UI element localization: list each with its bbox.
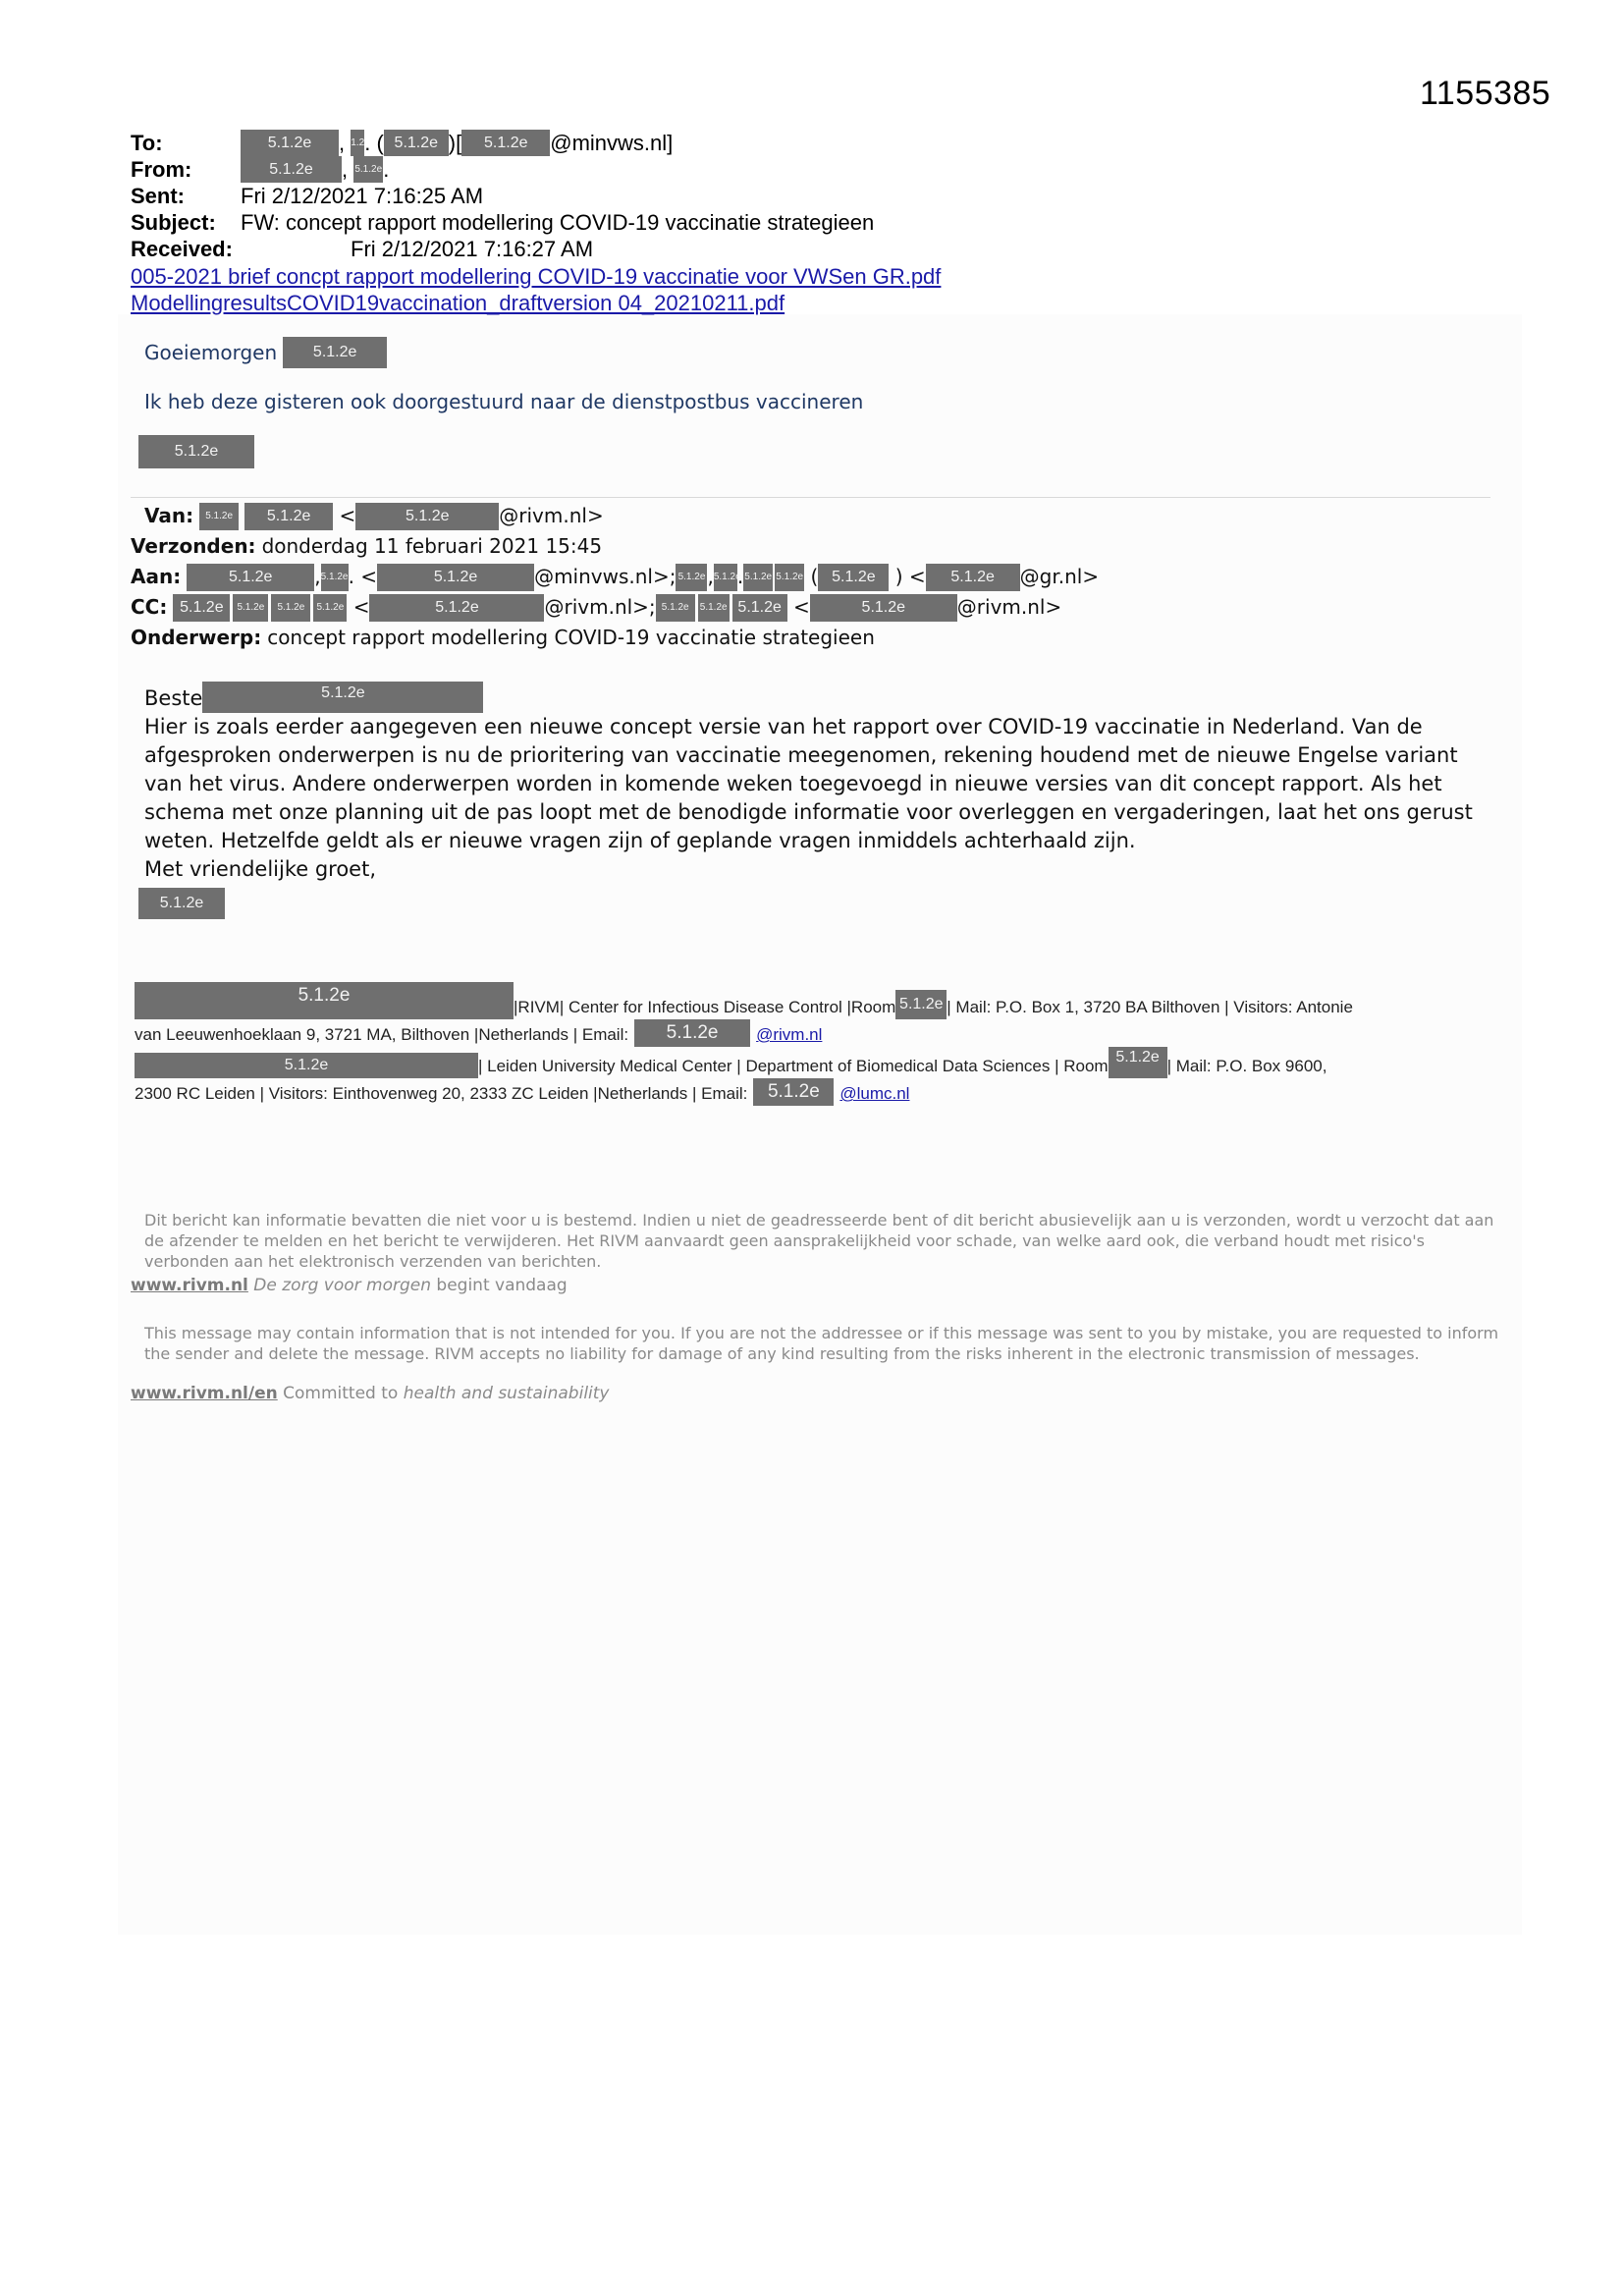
redaction-box: 1.2: [351, 130, 364, 156]
redaction-box: 5.1.2e: [818, 564, 889, 591]
cc-domain-1: @rivm.nl>;: [544, 592, 655, 623]
disclaimer-en-text: This message may contain information tha…: [144, 1323, 1499, 1364]
redaction-box: 5.1.2e: [135, 982, 514, 1019]
rivm-visitors: van Leeuwenhoeklaan 9, 3721 MA, Bilthove…: [135, 1022, 628, 1047]
redaction-box: 5.1.2e: [241, 130, 339, 156]
forwarded-header: Van: 5.1.2e 5.1.2e < 5.1.2e @rivm.nl> Ve…: [131, 501, 1099, 653]
redaction-box: 5.1.2e: [199, 503, 239, 530]
redaction-box: 5.1.2e: [732, 594, 787, 622]
redaction-box: 5.1.2e: [353, 156, 383, 183]
van-label: Van:: [144, 501, 193, 531]
redaction-box: 5.1.2e: [369, 594, 544, 622]
redaction-box: 5.1.2e: [138, 435, 254, 468]
lumc-visitors: 2300 RC Leiden | Visitors: Einthovenweg …: [135, 1081, 747, 1106]
redaction-box: 5.1.2e: [1109, 1047, 1167, 1078]
disclaimer-nl: Dit bericht kan informatie bevatten die …: [144, 1210, 1499, 1272]
aan-row: Aan: 5.1.2e , 5.1.2e . < 5.1.2e @minvws.…: [131, 562, 1099, 592]
lumc-line-1: 5.1.2e | Leiden University Medical Cente…: [135, 1047, 1509, 1078]
rivm-website-link[interactable]: www.rivm.nl: [131, 1276, 248, 1295]
lumc-line-2: 2300 RC Leiden | Visitors: Einthovenweg …: [135, 1078, 1509, 1106]
redaction-box: 5.1.2e: [461, 130, 550, 156]
lumc-email-link[interactable]: @lumc.nl: [839, 1081, 909, 1106]
received-label: Received:: [131, 236, 351, 262]
closing: Met vriendelijke groet,: [144, 855, 1499, 884]
disclaimer-nl-text: Dit bericht kan informatie bevatten die …: [144, 1210, 1499, 1272]
reply-text: Ik heb deze gisteren ook doorgestuurd na…: [144, 390, 863, 413]
aan-domain-1: @minvws.nl>;: [534, 562, 676, 592]
greeting-text: Goeiemorgen: [144, 341, 277, 364]
redaction-box: 5.1.2e: [233, 594, 268, 622]
redaction-box: 5.1.2e: [135, 1053, 478, 1078]
sent-row: Sent: Fri 2/12/2021 7:16:25 AM: [131, 183, 874, 209]
redaction-box: 5.1.2e: [743, 564, 773, 591]
footer-en: www.rivm.nl/en Committed to health and s…: [131, 1384, 610, 1403]
cc-row: CC: 5.1.2e 5.1.2e 5.1.2e 5.1.2e < 5.1.2e…: [131, 592, 1099, 623]
greeting-line: Goeiemorgen 5.1.2e: [144, 337, 863, 368]
footer-nl: www.rivm.nl De zorg voor morgen begint v…: [131, 1276, 568, 1295]
verzonden-value: donderdag 11 februari 2021 15:45: [262, 531, 603, 562]
received-value: Fri 2/12/2021 7:16:27 AM: [351, 236, 593, 262]
divider: [131, 497, 1490, 498]
attachment-link[interactable]: ModellingresultsCOVID19vaccination_draft…: [131, 291, 785, 315]
aan-label: Aan:: [131, 562, 181, 592]
body-paragraph: Hier is zoals eerder aangegeven een nieu…: [144, 713, 1499, 855]
received-row: Received: Fri 2/12/2021 7:16:27 AM: [131, 236, 874, 262]
rivm-line-2: van Leeuwenhoeklaan 9, 3721 MA, Bilthove…: [135, 1019, 1509, 1047]
salutation: Beste: [144, 684, 202, 713]
sent-label: Sent:: [131, 183, 241, 209]
document-number: 1155385: [1420, 75, 1550, 113]
from-label: From:: [131, 156, 241, 183]
attachment-list: 005-2021 brief concpt rapport modellerin…: [131, 263, 941, 316]
tagline-italic: De zorg voor morgen: [253, 1276, 431, 1295]
redaction-box: 5.1.2e: [698, 594, 730, 622]
redaction-box: 5.1.2e: [810, 594, 957, 622]
redaction-box: 5.1.2e: [202, 682, 483, 713]
redaction-box: 5.1.2e: [895, 990, 947, 1019]
rivm-address: | Mail: P.O. Box 1, 3720 BA Bilthoven | …: [947, 995, 1353, 1019]
verzonden-label: Verzonden:: [131, 531, 256, 562]
redaction-box: 5.1.2e: [241, 156, 342, 183]
redaction-box: 5.1.2e: [244, 503, 333, 530]
van-domain: @rivm.nl>: [499, 501, 603, 531]
to-domain: @minvws.nl]: [550, 130, 673, 156]
tagline-rest: begint vandaag: [431, 1276, 568, 1295]
rivm-line-1: 5.1.2e |RIVM| Center for Infectious Dise…: [135, 982, 1509, 1019]
redaction-box: 5.1.2e: [138, 888, 225, 919]
signature-block: 5.1.2e |RIVM| Center for Infectious Dise…: [135, 982, 1509, 1106]
onderwerp-label: Onderwerp:: [131, 623, 261, 653]
rivm-affiliation: |RIVM| Center for Infectious Disease Con…: [514, 995, 895, 1019]
rivm-email-link[interactable]: @rivm.nl: [756, 1022, 822, 1047]
onderwerp-row: Onderwerp: concept rapport modellering C…: [131, 623, 1099, 653]
tagline-italic: health and sustainability: [404, 1384, 610, 1403]
attachment-link[interactable]: 005-2021 brief concpt rapport modellerin…: [131, 264, 941, 289]
redaction-box: 5.1.2e: [656, 594, 695, 622]
aan-domain-2: @gr.nl>: [1020, 562, 1099, 592]
redaction-box: 5.1.2e: [634, 1019, 750, 1047]
onderwerp-value: concept rapport modellering COVID-19 vac…: [267, 623, 875, 653]
redaction-box: 5.1.2e: [355, 503, 499, 530]
cc-domain-2: @rivm.nl>: [957, 592, 1061, 623]
redaction-box: 5.1.2e: [926, 564, 1020, 591]
redaction-box: 5.1.2e: [384, 130, 449, 156]
redaction-box: 5.1.2e: [283, 337, 387, 368]
reply-message: Goeiemorgen 5.1.2e Ik heb deze gisteren …: [144, 337, 863, 490]
redaction-box: 5.1.2e: [321, 564, 349, 591]
redaction-box: 5.1.2e: [313, 594, 347, 622]
email-header: To: 5.1.2e , 1.2 . ( 5.1.2e )[ 5.1.2e @m…: [131, 130, 874, 262]
reply-line: Ik heb deze gisteren ook doorgestuurd na…: [144, 390, 863, 413]
lumc-affiliation: | Leiden University Medical Center | Dep…: [478, 1054, 1109, 1078]
redaction-box: 5.1.2e: [271, 594, 310, 622]
sent-value: Fri 2/12/2021 7:16:25 AM: [241, 183, 483, 209]
to-row: To: 5.1.2e , 1.2 . ( 5.1.2e )[ 5.1.2e @m…: [131, 130, 874, 156]
redaction-box: 5.1.2e: [676, 564, 707, 591]
van-row: Van: 5.1.2e 5.1.2e < 5.1.2e @rivm.nl>: [131, 501, 1099, 531]
to-label: To:: [131, 130, 241, 156]
redaction-box: 5.1.2e: [775, 564, 804, 591]
message-body: Beste 5.1.2e Hier is zoals eerder aangeg…: [144, 682, 1499, 919]
subject-value: FW: concept rapport modellering COVID-19…: [241, 209, 874, 236]
redaction-box: 5.1.2e: [753, 1078, 834, 1106]
tagline-rest: Committed to: [278, 1384, 404, 1403]
subject-label: Subject:: [131, 209, 241, 236]
disclaimer-en: This message may contain information tha…: [144, 1323, 1499, 1364]
redaction-box: 5.1.2e: [714, 564, 737, 591]
rivm-en-website-link[interactable]: www.rivm.nl/en: [131, 1384, 278, 1403]
cc-label: CC:: [131, 592, 167, 623]
redaction-box: 5.1.2e: [173, 594, 230, 622]
from-row: From: 5.1.2e , 5.1.2e .: [131, 156, 874, 183]
redaction-box: 5.1.2e: [187, 564, 314, 591]
verzonden-row: Verzonden: donderdag 11 februari 2021 15…: [131, 531, 1099, 562]
salutation-line: Beste 5.1.2e: [144, 682, 1499, 713]
subject-row: Subject: FW: concept rapport modellering…: [131, 209, 874, 236]
reply-signature: 5.1.2e: [144, 435, 863, 468]
lumc-address: | Mail: P.O. Box 9600,: [1167, 1054, 1327, 1078]
redaction-box: 5.1.2e: [377, 564, 534, 591]
